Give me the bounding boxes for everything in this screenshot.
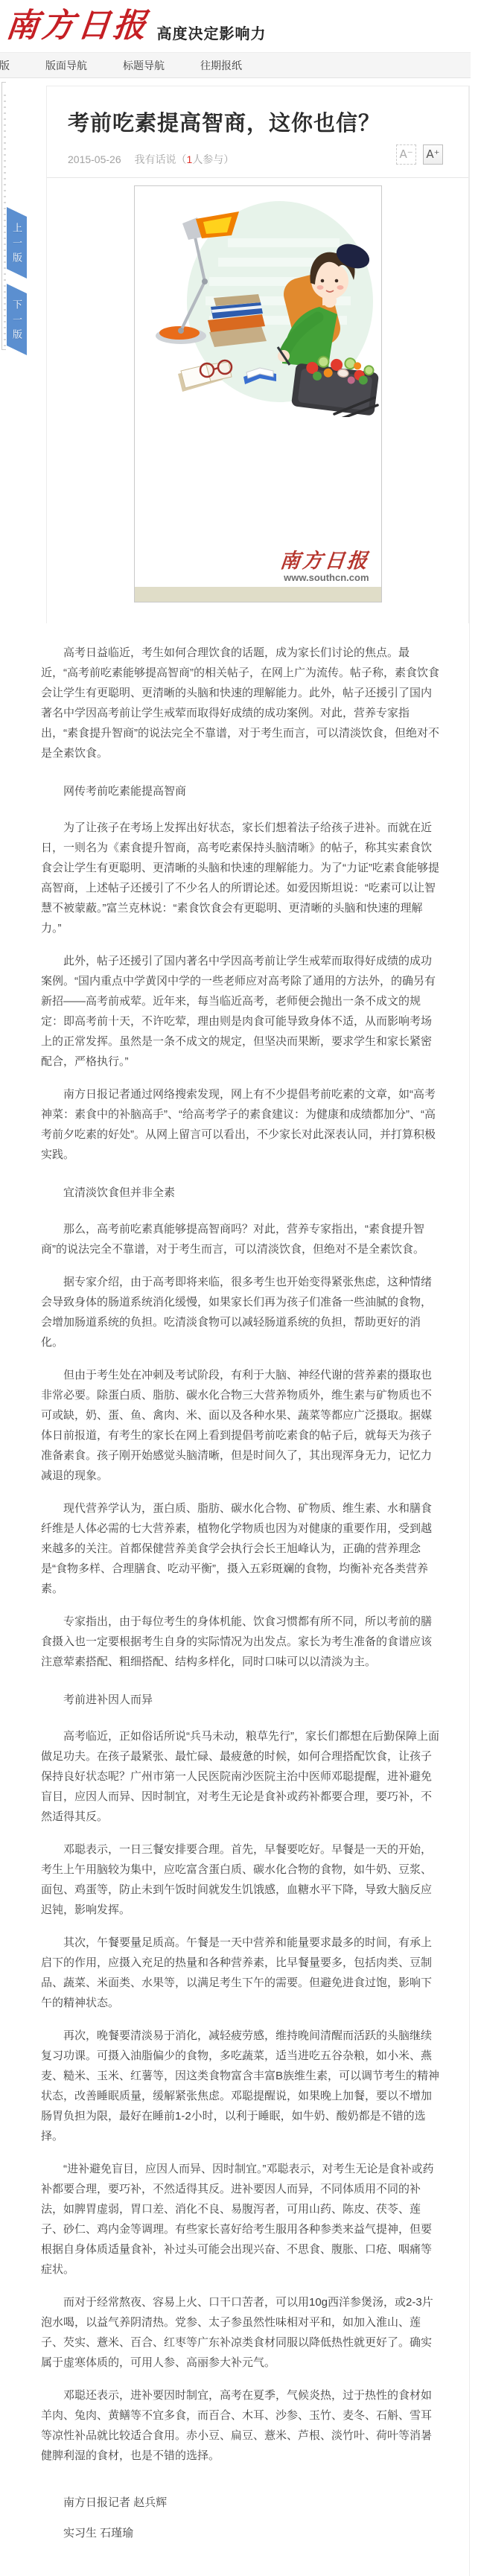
open-book-icon [178,360,232,392]
paragraph: 但由于考生处在冲刺及考试阶段，有利于大脑、神经代谢的营养素的摄取也非常必要。除蛋… [41,1365,442,1486]
paragraph: 邓聪表示，一日三餐安排要合理。首先，早餐要吃好。早餐是一天的开始，考生上午用脑较… [41,1839,442,1920]
page-title: 考前吃素提高智商，这你也信？ [47,106,468,139]
nav-item-front-page[interactable]: 头版 [0,58,10,73]
meta-separator [47,177,468,178]
paragraph: 为了让孩子在考场上发挥出好状态，家长们想着法子给孩子进补。而就在近日，一则名为《… [41,818,442,938]
image-watermark: 南方日报 www.southcn.com [280,551,369,582]
study-girl-illustration [135,186,381,417]
site-header: 南方日报 高度决定影响力 [0,0,481,52]
paragraph: 高考临近，正如俗话所说“兵马未动，粮草先行”，家长们都想在后勤保障上面做足功夫。… [41,1726,442,1827]
publish-date: 2015-05-26 [68,153,121,165]
font-increase-icon[interactable]: A⁺ [423,144,443,165]
paragraph: 现代营养学认为，蛋白质、脂肪、碳水化合物、矿物质、维生素、水和膳食纤维是人体必需… [41,1498,442,1599]
book-stack-icon [208,294,267,347]
paragraph: 网传考前吃素能提高智商 [41,781,442,801]
paragraph: 邓聪还表示，进补要因时制宜，高考在夏季，气候炎热，过于热性的食材如羊肉、兔肉、黄… [41,2385,442,2466]
nav-item-headline-navigation[interactable]: 标题导航 [123,58,165,73]
newspaper-logo: 南方日报 [4,4,151,48]
paragraph: 专家指出，由于每位考生的身体机能、饮食习惯都有所不同，所以考前的膳食摄入也一定要… [41,1612,442,1672]
font-size-tools: A⁻ A⁺ [392,144,443,165]
paragraph: 那么，高考前吃素真能够提高智商吗？对此，营养专家指出，“素食提升智商”的说法完全… [41,1219,442,1259]
paragraph: 高考日益临近，考生如何合理饮食的话题，成为家长们讨论的焦点。最近，“高考前吃素能… [41,643,442,763]
article-image: 南方日报 www.southcn.com [134,185,382,602]
paragraph: 其次，午餐要量足质高。午餐是一天中营养和能量要求最多的时间，有承上启下的作用，应… [41,1933,442,2013]
paragraph: 南方日报记者通过网络搜索发现，网上有不少提倡考前吃素的文章，如“高考神菜：素食中… [41,1084,442,1165]
nav-item-page-navigation[interactable]: 版面导航 [45,58,87,73]
page-thumbnail-preview[interactable] [1,82,6,350]
watermark-url: www.southcn.com [280,573,369,582]
paragraph: 此外，帖子还援引了国内著名中学因高考前让学生戒荤而取得好成绩的成功案例。“国内重… [41,951,442,1072]
article-meta: 2015-05-26 我有话说（1人参与） A⁻ A⁺ [47,139,468,177]
paragraph: 宜清淡饮食但并非全素 [41,1183,442,1203]
logo-tagline: 高度决定影响力 [156,22,266,43]
paragraph: 据专家介绍，由于高考即将来临，很多考生也开始变得紧张焦虑，这种情绪会导致身体的肠… [41,1272,442,1352]
watermark-logo: 南方日报 [278,551,370,571]
font-decrease-icon[interactable]: A⁻ [396,144,416,165]
comment-link[interactable]: 我有话说（1人参与） [135,153,235,165]
article-header-box: 考前吃素提高智商，这你也信？ 2015-05-26 我有话说（1人参与） A⁻ … [46,86,469,623]
image-caption-strip [135,587,381,602]
paragraph: “进补避免盲目，应因人而异、因时制宜。”邓聪表示，对考生无论是食补或药补都要合理… [41,2159,442,2280]
paragraph: 南方日报记者 赵兵辉 [41,2493,442,2513]
paragraph: 实习生 石瑾瑜 [41,2523,442,2543]
nav-item-past-issues[interactable]: 往期报纸 [200,58,242,73]
article-body: 高考日益临近，考生如何合理饮食的话题，成为家长们讨论的焦点。最近，“高考前吃素能… [0,623,469,2543]
top-nav: 头版 版面导航 标题导航 往期报纸 [0,52,471,78]
paragraph: 而对于经常熬夜、容易上火、口干口苦者，可以用10g西洋参煲汤，或2-3片泡水喝，… [41,2292,442,2373]
paragraph: 考前进补因人而异 [41,1690,442,1710]
previous-page-button[interactable]: 上一版 [7,207,27,279]
paragraph: 再次，晚餐要清淡易于消化，减轻疲劳感，维持晚间清醒而活跃的头脑继续复习功课。可摄… [41,2026,442,2146]
next-page-button[interactable]: 下一版 [7,284,27,355]
article-card: 考前吃素提高智商，这你也信？ 2015-05-26 我有话说（1人参与） A⁻ … [0,86,470,2576]
